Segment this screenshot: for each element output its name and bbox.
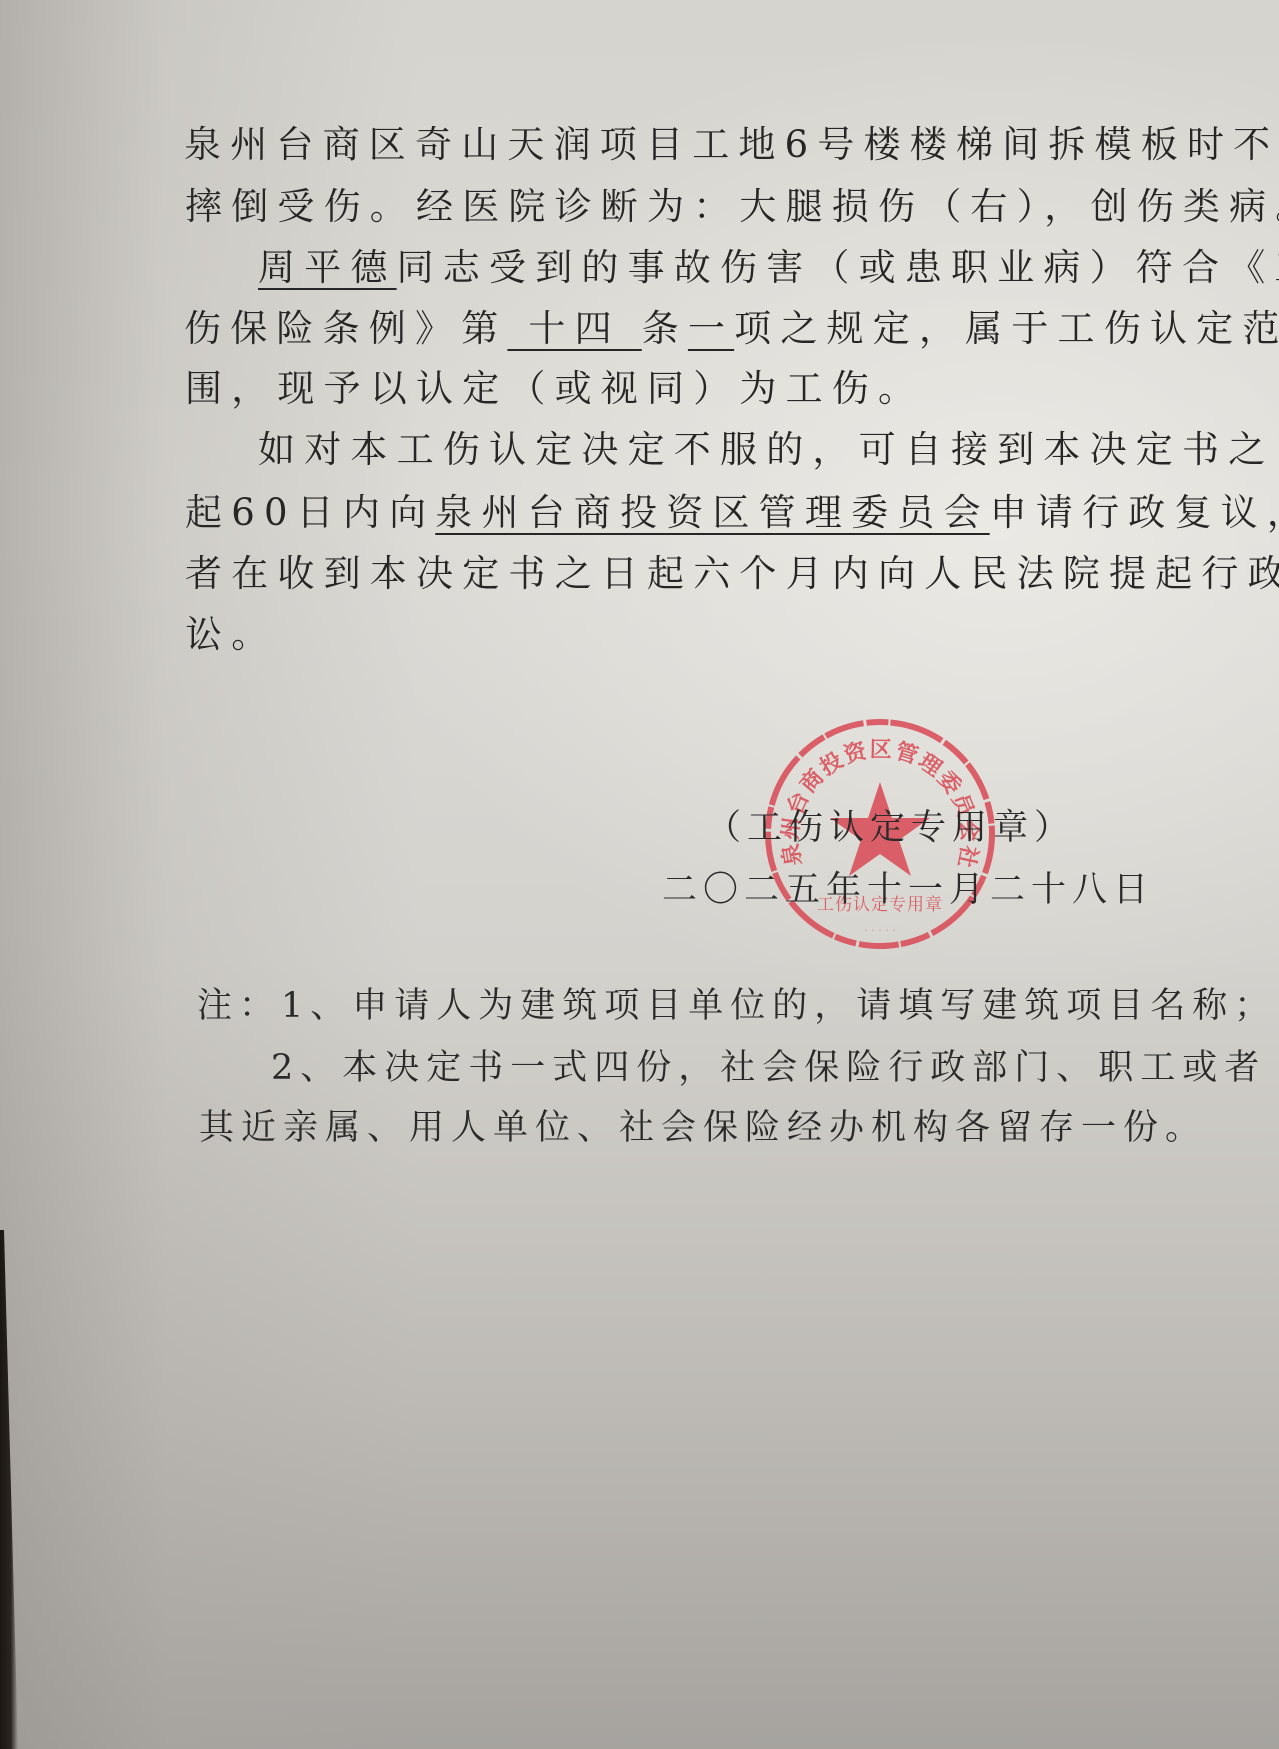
text-span: 如对本工伤认定决定不服的，可自接到本决定书之日 — [258, 428, 1279, 471]
paragraph-determination-line-3: 围，现予以认定（或视同）为工伤。 — [185, 366, 924, 412]
decision-date: 二〇二五年十一月二十八日 — [662, 862, 1154, 912]
text-span: 围，现予以认定（或视同）为工伤。 — [185, 367, 924, 410]
paragraph-determination-line-1: 周平德同志受到的事故伤害（或患职业病）符合《工 — [258, 245, 1279, 291]
text-span: 讼。 — [185, 613, 277, 656]
text-span: 伤保险条例》第 — [184, 307, 507, 350]
note-1: 注：1、申请人为建筑项目单位的，请填写建筑项目名称； — [197, 978, 1276, 1028]
paragraph-accident-line-1: 泉州台商区奇山天润项目工地6号楼楼梯间拆模板时不慎 — [184, 122, 1279, 168]
paragraph-appeal-line-4: 讼。 — [185, 612, 277, 658]
seal-label: （工伤认定专用章） — [706, 800, 1075, 850]
text-span: 摔倒受伤。经医院诊断为：大腿损伤（右），创伤类病。 — [185, 185, 1279, 228]
paragraph-appeal-line-2: 起60日内向泉州台商投资区管理委员会申请行政复议，或 — [185, 490, 1279, 536]
text-span: 2、本决定书一式四份，社会保险行政部门、职工或者 — [271, 1048, 1266, 1088]
paragraph-accident-line-2: 摔倒受伤。经医院诊断为：大腿损伤（右），创伤类病。 — [185, 184, 1279, 230]
stamp-serial: · · · · · — [864, 924, 895, 937]
text-span: 其近亲属、用人单位、社会保险经办机构各留存一份。 — [199, 1108, 1207, 1148]
paragraph-appeal-line-1: 如对本工伤认定决定不服的，可自接到本决定书之日 — [258, 427, 1279, 473]
paragraph-appeal-line-3: 者在收到本决定书之日起六个月内向人民法院提起行政诉 — [185, 551, 1279, 597]
text-span: 同志受到的事故伤害（或患职业病）符合《工 — [397, 246, 1279, 289]
item-number: 一 — [688, 306, 734, 352]
text-span: 者在收到本决定书之日起六个月内向人民法院提起行政诉 — [185, 552, 1279, 595]
text-span: 项之规定，属于工伤认定范 — [734, 307, 1279, 350]
text-span: 申请行政复议，或 — [990, 491, 1279, 534]
article-number: 十四 — [507, 306, 641, 352]
worker-name: 周平德 — [258, 246, 397, 289]
text-span: 起60日内向 — [185, 491, 435, 534]
note-2-line-1: 2、本决定书一式四份，社会保险行政部门、职工或者 — [271, 1040, 1266, 1090]
text-span: 泉州台商区奇山天润项目工地6号楼楼梯间拆模板时不慎 — [184, 123, 1279, 166]
note-2-line-2: 其近亲属、用人单位、社会保险经办机构各留存一份。 — [199, 1100, 1207, 1150]
page-edge-shadow — [0, 1230, 18, 1749]
paragraph-determination-line-2: 伤保险条例》第 十四 条一项之规定，属于工伤认定范 — [184, 306, 1279, 352]
text-span: 注：1、申请人为建筑项目单位的，请填写建筑项目名称； — [197, 986, 1276, 1026]
review-body: 泉州台商投资区管理委员会 — [435, 491, 989, 534]
text-span: 条 — [642, 307, 688, 350]
